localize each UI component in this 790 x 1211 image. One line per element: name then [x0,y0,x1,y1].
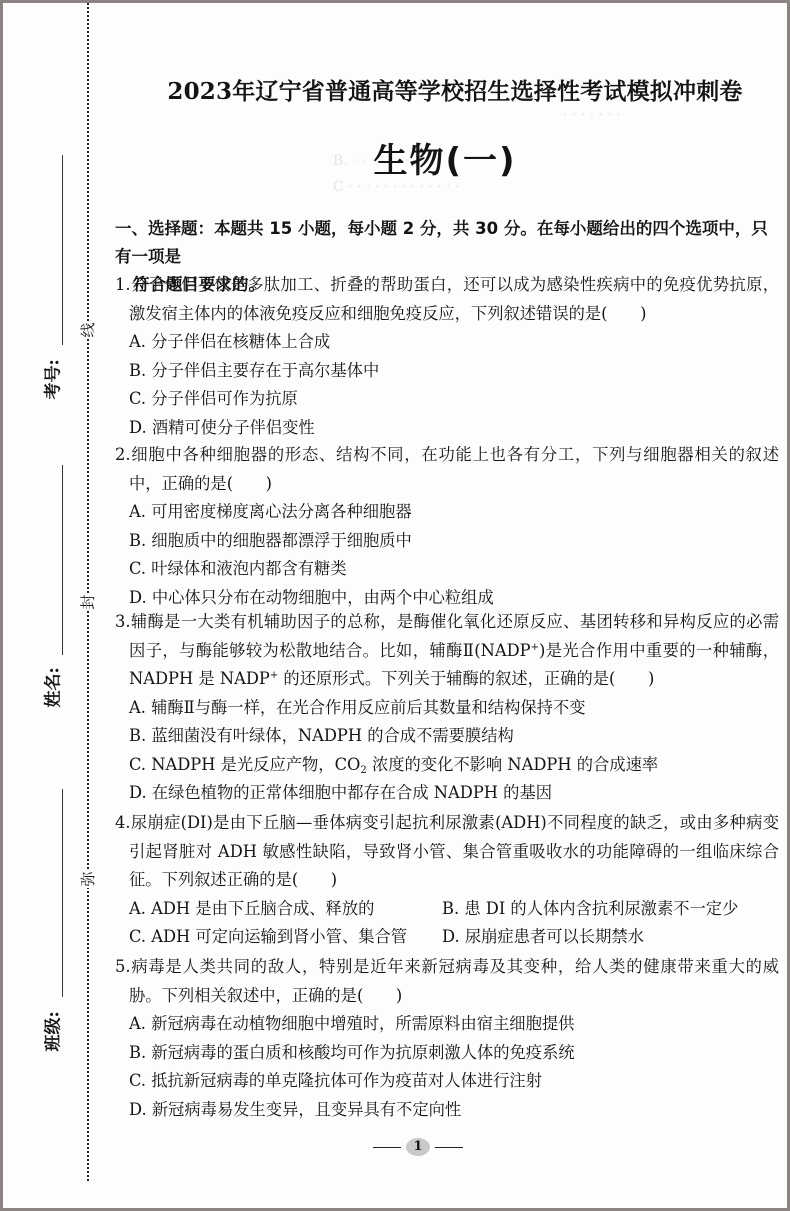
section-heading-line1: 一、选择题：本题共 15 小题，每小题 2 分，共 30 分。在每小题给出的四个… [115,219,768,266]
seal-mark-xian: 线 [79,321,97,339]
option-c[interactable]: C. NADPH 是光反应产物，CO2 浓度的变化不影响 NADPH 的合成速率 [115,751,779,780]
question-number: 5. [115,957,131,976]
name-label: 姓名: [39,668,64,708]
class-label: 班级: [39,1012,64,1052]
question-text: 尿崩症(DI)是由下丘脑—垂体病变引起抗利尿激素(ADH)不同程度的缺乏，或由多… [129,813,779,889]
question-number: 2. [115,445,131,464]
seal-mark-mi: 弥 [79,870,97,888]
option-text: C. NADPH 是光反应产物，CO [129,755,360,774]
option-b[interactable]: B. 患 DI 的人体内含抗利尿激素不一定少 [442,895,738,924]
option-a[interactable]: A. 辅酶Ⅱ与酶一样，在光合作用反应前后其数量和结构保持不变 [115,694,779,723]
seal-mark-feng: 封 [79,593,97,611]
option-b[interactable]: B. 新冠病毒的蛋白质和核酸均可作为抗原刺激人体的免疫系统 [115,1039,779,1068]
question-4: 4.尿崩症(DI)是由下丘脑—垂体病变引起抗利尿激素(ADH)不同程度的缺乏，或… [115,809,779,952]
option-text: 浓度的变化不影响 NADPH 的合成速率 [367,755,658,774]
option-d[interactable]: D. 新冠病毒易发生变异，且变异具有不定向性 [115,1096,779,1125]
option-b[interactable]: B. 分子伴侣主要存在于高尔基体中 [115,357,779,386]
option-d[interactable]: D. 在绿色植物的正常体细胞中都存在合成 NADPH 的基因 [115,779,779,808]
name-line[interactable] [62,465,63,655]
seal-dotted-line [87,3,89,1181]
question-number: 3. [115,612,131,631]
superscript-plus: + [531,642,539,653]
question-text: 病毒是人类共同的敌人，特别是近年来新冠病毒及其变种，给人类的健康带来重大的威胁。… [129,957,779,1005]
superscript-plus: + [270,670,278,681]
option-row: C. ADH 可定向运输到肾小管、集合管 D. 尿崩症患者可以长期禁水 [115,923,779,952]
question-number: 1. [115,275,131,294]
option-b[interactable]: B. 细胞质中的细胞器都漂浮于细胞质中 [115,527,779,556]
question-text: 分子伴侣不仅是多肽加工、折叠的帮助蛋白，还可以成为感染性疾病中的免疫优势抗原，激… [129,275,779,323]
option-a[interactable]: A. 可用密度梯度离心法分离各种细胞器 [115,498,779,527]
question-2: 2.细胞中各种细胞器的形态、结构不同，在功能上也各有分工，下列与细胞器相关的叙述… [115,441,779,612]
question-stem: 4.尿崩症(DI)是由下丘脑—垂体病变引起抗利尿激素(ADH)不同程度的缺乏，或… [115,809,779,895]
question-text: 细胞中各种细胞器的形态、结构不同，在功能上也各有分工，下列与细胞器相关的叙述中，… [129,445,779,493]
option-c[interactable]: C. ADH 可定向运输到肾小管、集合管 [129,923,442,952]
question-1: 1.分子伴侣不仅是多肽加工、折叠的帮助蛋白，还可以成为感染性疾病中的免疫优势抗原… [115,271,779,442]
class-line[interactable] [62,789,63,997]
option-b[interactable]: B. 蓝细菌没有叶绿体，NADPH 的合成不需要膜结构 [115,722,779,751]
option-a[interactable]: A. ADH 是由下丘脑合成、释放的 [129,895,442,924]
question-5: 5.病毒是人类共同的敌人，特别是近年来新冠病毒及其变种，给人类的健康带来重大的威… [115,953,779,1124]
exam-subject: 生物(一) [107,133,783,182]
page-number-dash-left [373,1147,401,1148]
exam-number-label: 考号: [39,360,64,400]
bleed-through-text: · · · · · · · [563,107,621,123]
option-row: A. ADH 是由下丘脑合成、释放的 B. 患 DI 的人体内含抗利尿激素不一定… [115,895,779,924]
option-d[interactable]: D. 尿崩症患者可以长期禁水 [442,923,644,952]
option-d[interactable]: D. 酒精可使分子伴侣变性 [115,414,779,443]
question-text: 的还原形式。下列关于辅酶的叙述，正确的是( ) [278,669,654,688]
question-number: 4. [115,813,131,832]
page-number: 1 [363,1135,473,1159]
page-number-dash-right [435,1147,463,1148]
question-stem: 2.细胞中各种细胞器的形态、结构不同，在功能上也各有分工，下列与细胞器相关的叙述… [115,441,779,498]
option-c[interactable]: C. 分子伴侣可作为抗原 [115,385,779,414]
question-stem: 1.分子伴侣不仅是多肽加工、折叠的帮助蛋白，还可以成为感染性疾病中的免疫优势抗原… [115,271,779,328]
exam-title: 2023年辽宁省普通高等学校招生选择性考试模拟冲刺卷 [135,73,775,106]
question-3: 3.辅酶是一大类有机辅助因子的总称，是酶催化氧化还原反应、基团转移和异构反应的必… [115,608,779,808]
exam-page: 线 封 弥 考号: 姓名: 班级: · · · · · · · B. · · ·… [0,0,790,1211]
option-c[interactable]: C. 抵抗新冠病毒的单克隆抗体可作为疫苗对人体进行注射 [115,1067,779,1096]
page-number-badge: 1 [406,1138,430,1156]
option-a[interactable]: A. 新冠病毒在动植物细胞中增殖时，所需原料由宿主细胞提供 [115,1010,779,1039]
option-c[interactable]: C. 叶绿体和液泡内都含有糖类 [115,555,779,584]
option-a[interactable]: A. 分子伴侣在核糖体上合成 [115,328,779,357]
question-stem: 3.辅酶是一大类有机辅助因子的总称，是酶催化氧化还原反应、基团转移和异构反应的必… [115,608,779,694]
question-stem: 5.病毒是人类共同的敌人，特别是近年来新冠病毒及其变种，给人类的健康带来重大的威… [115,953,779,1010]
exam-number-line[interactable] [62,155,63,345]
